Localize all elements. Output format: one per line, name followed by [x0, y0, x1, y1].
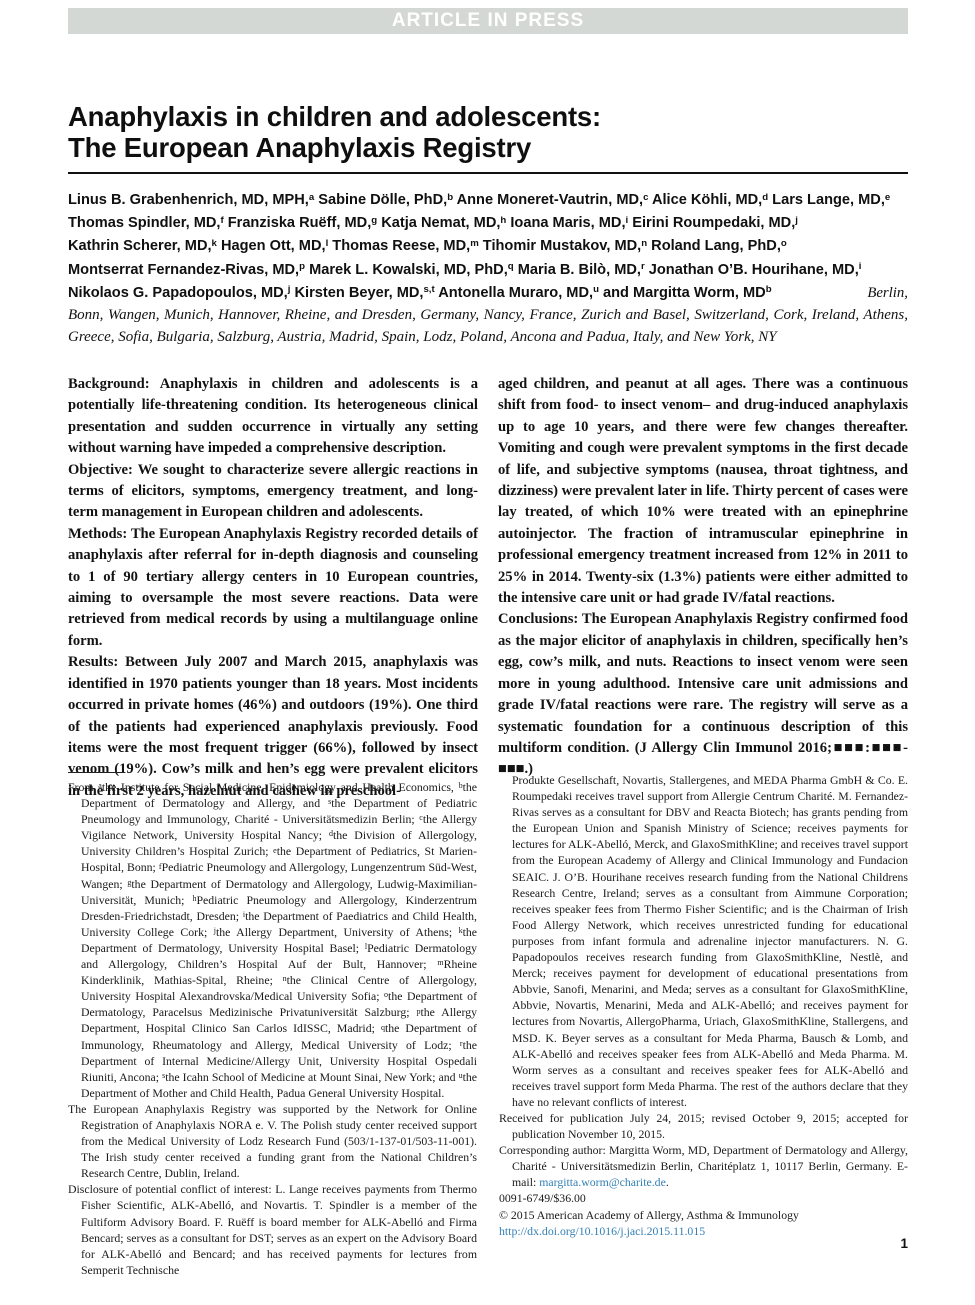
superscript: r	[460, 1039, 463, 1048]
superscript: q	[381, 1023, 385, 1032]
footnote-left-paragraphs: From athe Institute for Social Medicine,…	[68, 779, 477, 1278]
superscript: r	[641, 261, 645, 272]
page: ARTICLE IN PRESS Anaphylaxis in children…	[0, 0, 975, 1305]
superscript: g	[371, 215, 377, 226]
superscript: m	[470, 238, 479, 249]
footnote-paragraph: Received for publication July 24, 2015; …	[499, 1110, 908, 1142]
superscript: u	[459, 1071, 463, 1080]
abstract-paragraph: Objective: We sought to characterize sev…	[68, 460, 478, 524]
abstract: Background: Anaphylaxis in children and …	[68, 374, 908, 802]
title-line-1: Anaphylaxis in children and adolescents:	[68, 101, 908, 132]
footnote-column-right: Produkte Gesellschaft, Novartis, Staller…	[499, 772, 908, 1278]
superscript: h	[192, 894, 196, 903]
superscript: c	[643, 192, 648, 203]
doi-link[interactable]: http://dx.doi.org/10.1016/j.jaci.2015.11…	[499, 1224, 705, 1238]
superscript: h	[500, 215, 506, 226]
superscript: p	[416, 1007, 420, 1016]
abstract-column-left: Background: Anaphylaxis in children and …	[68, 374, 478, 802]
superscript: j	[795, 215, 798, 226]
abstract-paragraph: aged children, and peanut at all ages. T…	[498, 374, 908, 609]
superscript: f	[159, 862, 162, 871]
superscript: j	[214, 926, 216, 935]
superscript: s	[328, 797, 331, 806]
abstract-paragraph: Conclusions: The European Anaphylaxis Re…	[498, 609, 908, 780]
email-link[interactable]: margitta.worm@charite.de	[539, 1175, 666, 1189]
superscript: o	[781, 238, 787, 249]
abstract-paragraph: Background: Anaphylaxis in children and …	[68, 374, 478, 460]
superscript: p	[299, 261, 305, 272]
affiliations: Bonn, Wangen, Munich, Hannover, Rheine, …	[68, 305, 908, 348]
abstract-column-right: aged children, and peanut at all ages. T…	[498, 374, 908, 802]
superscript: c	[419, 813, 423, 822]
superscript: i	[243, 910, 245, 919]
author-location: Berlin,	[867, 282, 908, 305]
superscript: e	[273, 846, 277, 855]
superscript: m	[437, 958, 443, 967]
superscript: q	[508, 261, 514, 272]
superscript: k	[459, 926, 463, 935]
abstract-paragraph: Methods: The European Anaphylaxis Regist…	[68, 524, 478, 652]
superscript: n	[283, 974, 287, 983]
author-list: Linus B. Grabenhenrich, MD, MPH,a Sabine…	[68, 189, 908, 305]
superscript: o	[384, 990, 388, 999]
superscript: s,t	[423, 284, 434, 295]
footnote-paragraph: Corresponding author: Margitta Worm, MD,…	[499, 1142, 908, 1190]
superscript: e	[885, 192, 890, 203]
superscript: n	[641, 238, 647, 249]
page-number: 1	[900, 1236, 908, 1251]
superscript: a	[309, 192, 314, 203]
superscript: d	[329, 829, 333, 838]
superscript: i	[859, 261, 862, 272]
footnote-paragraph: http://dx.doi.org/10.1016/j.jaci.2015.11…	[499, 1223, 908, 1239]
superscript: l	[326, 238, 329, 249]
superscript: u	[593, 284, 599, 295]
title-line-2: The European Anaphylaxis Registry	[68, 132, 908, 163]
superscript: i	[626, 215, 629, 226]
superscript: j	[288, 284, 291, 295]
footnote-paragraph: © 2015 American Academy of Allergy, Asth…	[499, 1207, 908, 1223]
footnote-paragraph: From athe Institute for Social Medicine,…	[68, 779, 477, 1101]
page-title: Anaphylaxis in children and adolescents:…	[68, 101, 908, 163]
superscript: d	[762, 192, 768, 203]
footnotes: From athe Institute for Social Medicine,…	[68, 772, 908, 1278]
footnote-paragraph: Produkte Gesellschaft, Novartis, Staller…	[499, 772, 908, 1110]
superscript: a	[98, 781, 102, 790]
footnote-paragraph: Disclosure of potential conflict of inte…	[68, 1181, 477, 1278]
title-rule	[68, 172, 908, 174]
superscript: b	[447, 192, 453, 203]
footnote-column-left: From athe Institute for Social Medicine,…	[68, 772, 477, 1278]
footnote-paragraph: 0091-6749/$36.00	[499, 1190, 908, 1206]
article-in-press-banner: ARTICLE IN PRESS	[68, 8, 908, 34]
superscript: l	[365, 942, 367, 951]
superscript: g	[127, 878, 131, 887]
footnote-paragraph: The European Anaphylaxis Registry was su…	[68, 1101, 477, 1181]
superscript: b	[766, 284, 772, 295]
superscript: k	[212, 238, 217, 249]
superscript: f	[220, 215, 223, 226]
banner-label: ARTICLE IN PRESS	[392, 10, 584, 32]
footnote-rule	[68, 772, 125, 773]
superscript: b	[459, 781, 463, 790]
superscript: s	[162, 1071, 165, 1080]
